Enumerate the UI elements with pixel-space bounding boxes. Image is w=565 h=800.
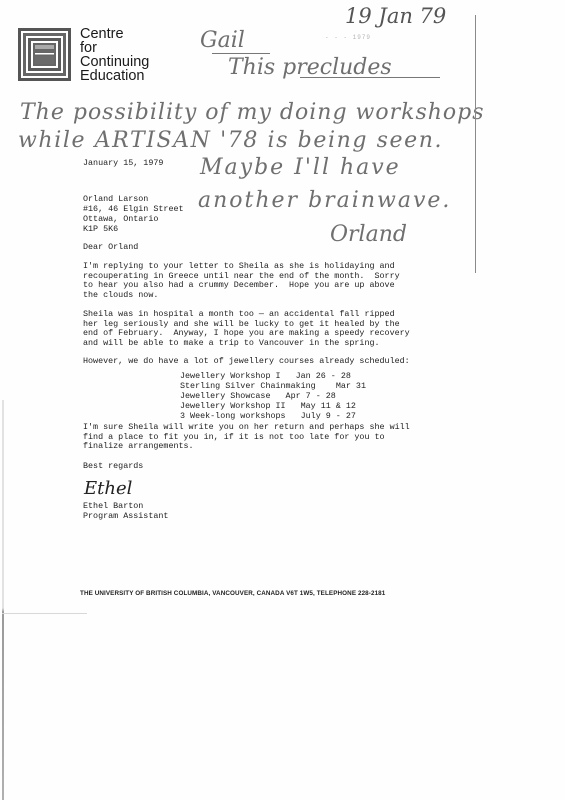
received-stamp: - - - 1979 [325, 34, 371, 41]
handwritten-note-line: Maybe I'll have [200, 155, 401, 180]
addressee-underline [212, 53, 270, 54]
course-name: Sterling Silver Chainmaking [180, 381, 316, 391]
course-dates: May 11 & 12 [301, 401, 356, 411]
page-edge-line [475, 15, 476, 273]
letter-page: Centre for Continuing Education - - - 19… [0, 0, 565, 800]
closing-paragraph: I'm sure Sheila will write you on her re… [83, 423, 410, 452]
course-dates: Jan 26 - 28 [296, 371, 351, 381]
handwritten-addressee: Gail [200, 28, 245, 53]
org-line: Continuing [80, 55, 149, 69]
letter-date: January 15, 1979 [83, 159, 163, 169]
body-paragraph: However, we do have a lot of jewellery c… [83, 357, 410, 367]
course-dates: July 9 - 27 [301, 411, 356, 421]
page-edge-line [2, 613, 87, 614]
org-line: Centre [80, 27, 149, 41]
organization-name: Centre for Continuing Education [80, 27, 149, 83]
handwritten-signature-orland: Orland [330, 222, 407, 247]
body-paragraph: I'm replying to your letter to Sheila as… [83, 262, 400, 301]
signer-title: Program Assistant [83, 512, 168, 522]
salutation: Dear Orland [83, 243, 138, 253]
org-line: Education [80, 69, 149, 83]
body-paragraph: Sheila was in hospital a month too — an … [83, 310, 410, 349]
handwritten-note-line: while ARTISAN '78 is being seen. [18, 128, 443, 153]
recipient-line: K1P 5K6 [83, 225, 118, 235]
handwritten-date: 19 Jan 79 [345, 4, 446, 28]
course-item: 3 Week-long workshops July 9 - 27 [180, 412, 356, 422]
course-name: Jewellery Workshop II [180, 401, 286, 411]
course-name: Jewellery Workshop I [180, 371, 281, 381]
course-dates: Apr 7 - 28 [286, 391, 336, 401]
course-dates: Mar 31 [336, 381, 366, 391]
handwritten-note-line: The possibility of my doing workshops [20, 100, 485, 125]
footer-address: THE UNIVERSITY OF BRITISH COLUMBIA, VANC… [80, 590, 385, 597]
handwritten-signature-ethel: Ethel [84, 478, 132, 499]
course-name: 3 Week-long workshops [180, 411, 286, 421]
handwritten-note-line: another brainwave. [198, 188, 451, 213]
strikethrough-line [300, 77, 440, 78]
course-name: Jewellery Showcase [180, 391, 270, 401]
nested-squares-logo-icon [18, 28, 71, 81]
page-edge-line [2, 400, 4, 800]
org-line: for [80, 41, 149, 55]
closing: Best regards [83, 462, 143, 472]
